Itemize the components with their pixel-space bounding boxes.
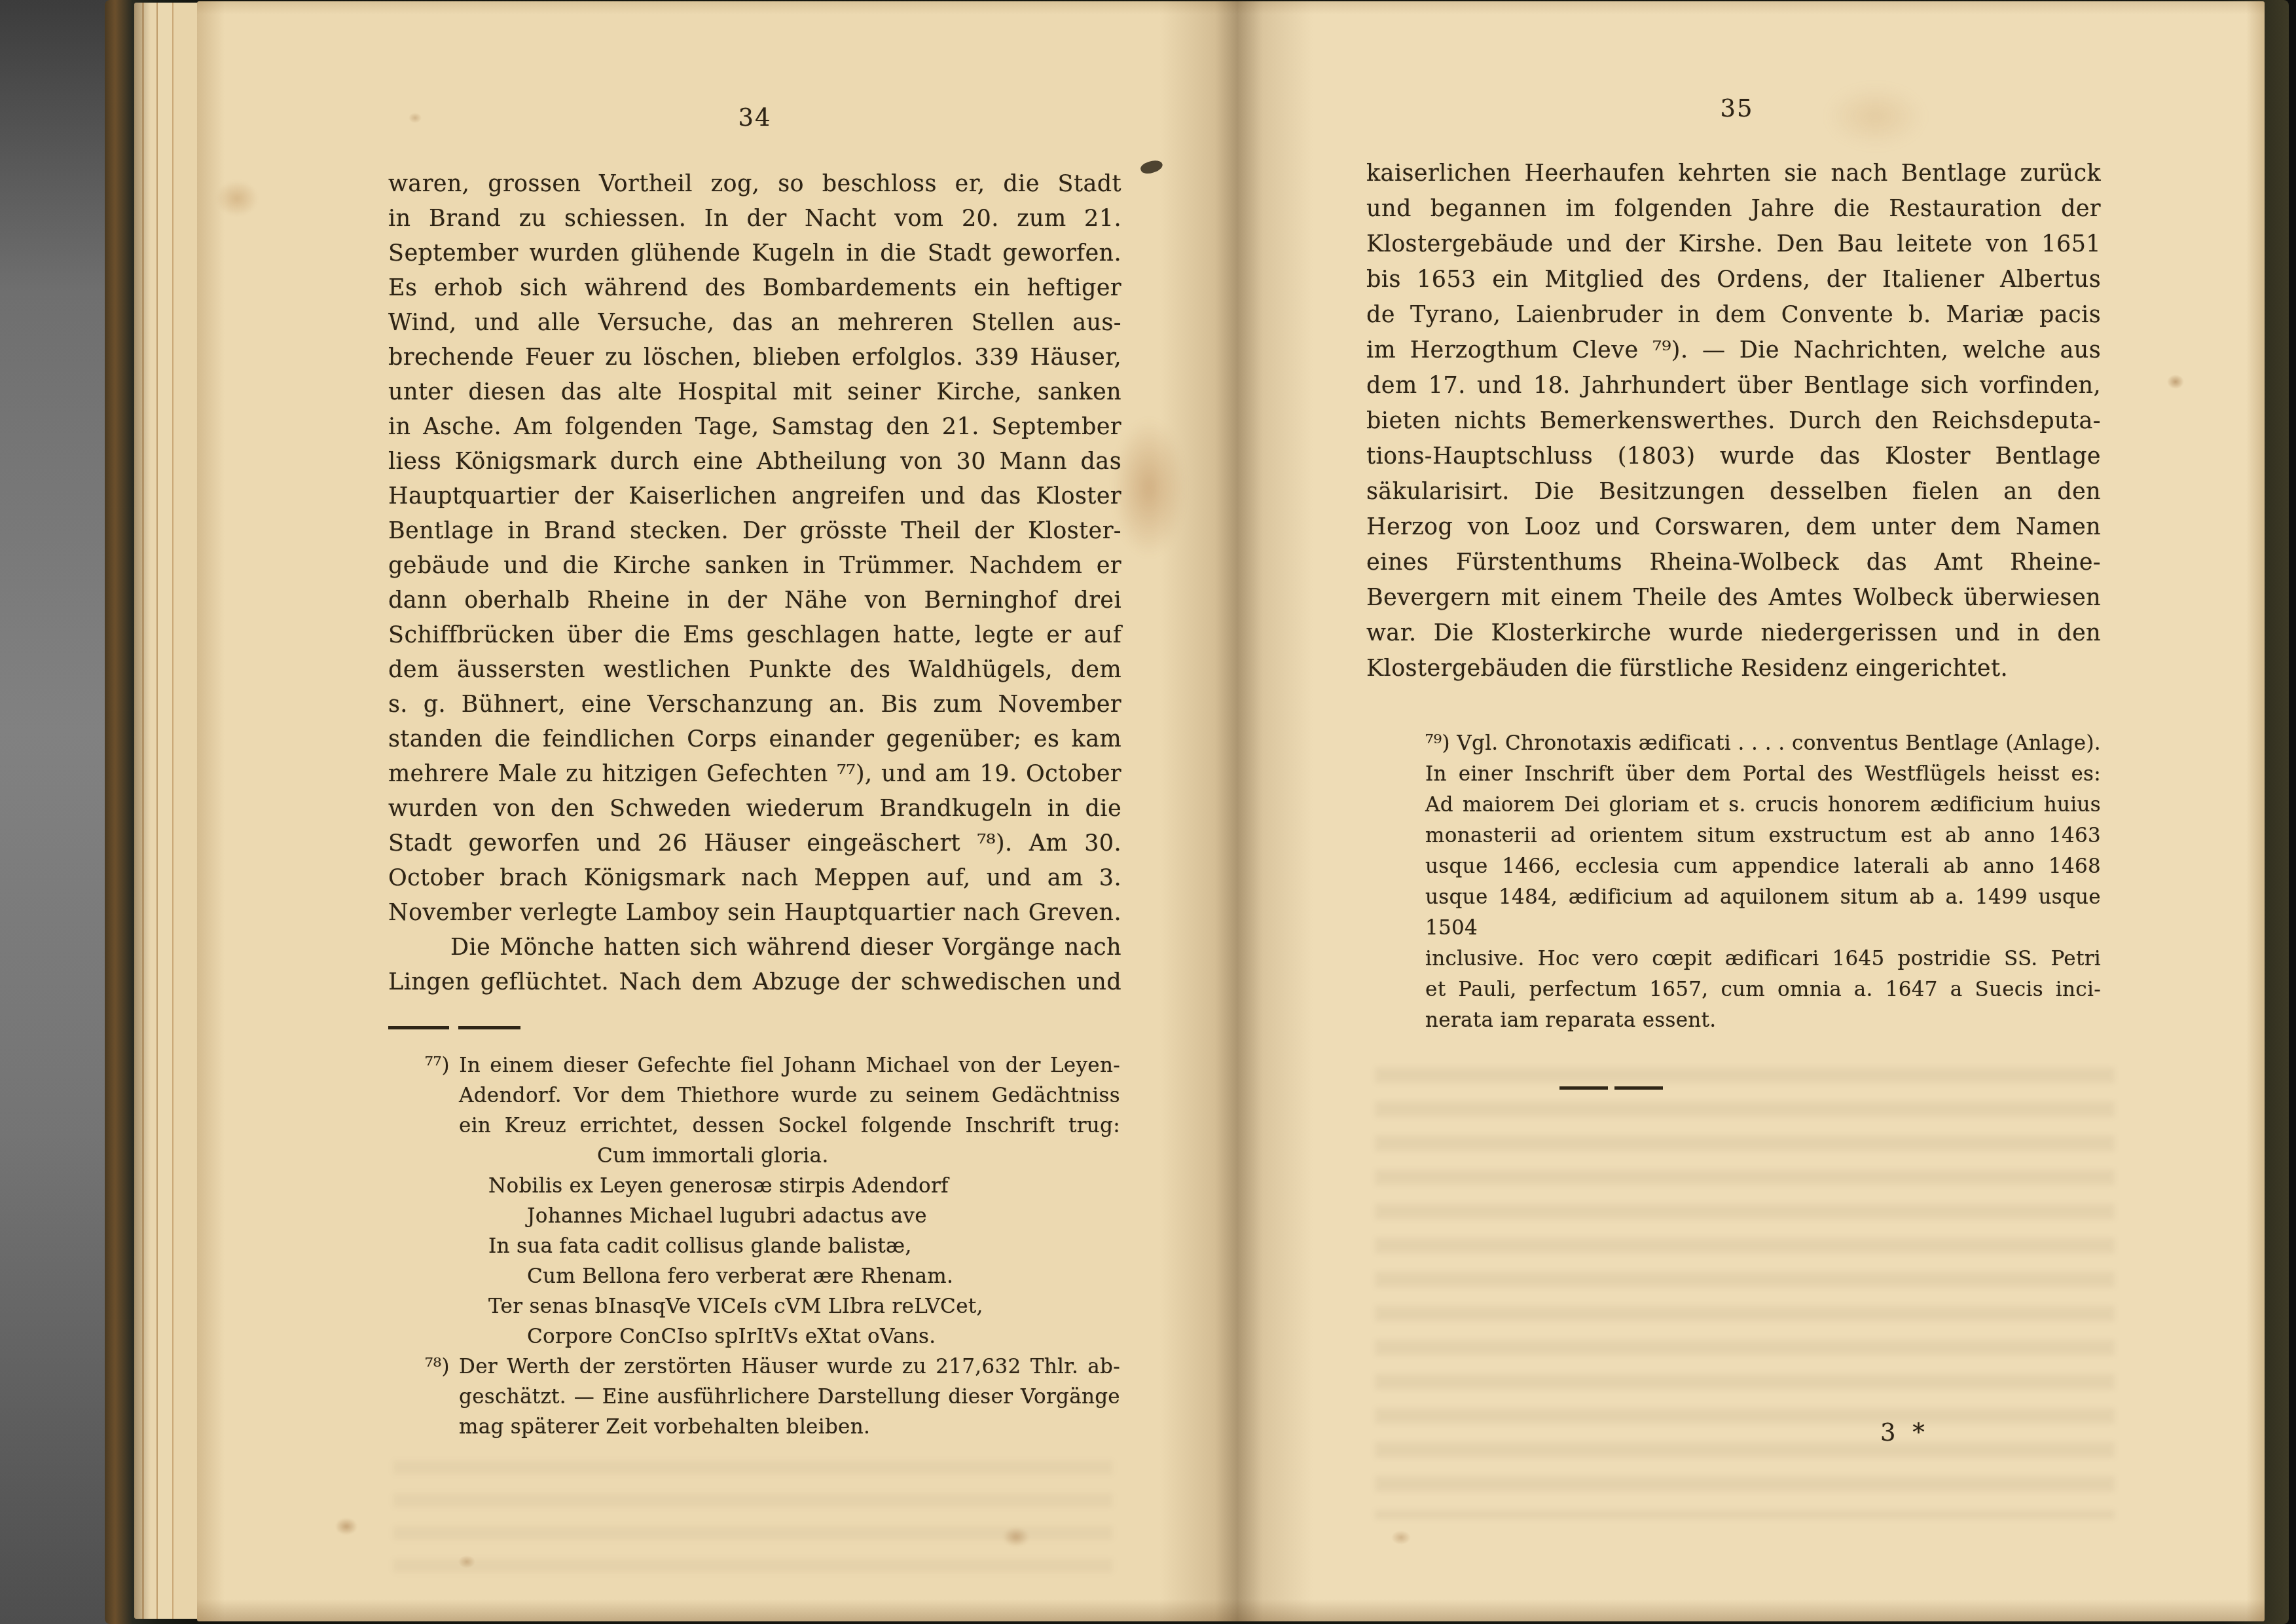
text-line: in Brand zu schiessen. In der Nacht vom … [388,202,1121,236]
text-line: liess Königsmark durch eine Abtheilung v… [388,445,1121,479]
text-line: November verlegte Lamboy sein Hauptquart… [388,896,1121,931]
stain [1113,419,1185,557]
signature-mark: 3 * [1880,1418,1929,1447]
section-separator [1559,1086,1663,1090]
footnote-line: mag späterer Zeit vorbehalten bleiben. [425,1412,1120,1442]
text-line: Stadt geworfen und 26 Häuser eingeäscher… [388,826,1121,861]
verse-line: Corpore ConCIso spIrItVs eXtat oVans. [493,1321,1120,1352]
text-line: waren, grossen Vortheil zog, so beschlos… [388,167,1121,202]
left-page-body: waren, grossen Vortheil zog, so beschlos… [388,167,1121,1000]
text-line: Klostergebäude und der Kirshe. Den Bau l… [1366,227,2101,262]
text-line: und begannen im folgenden Jahre die Rest… [1366,191,2101,227]
footnote-line: monasterii ad orientem situm exstructum … [1389,821,2101,851]
text-line: bieten nichts Bemerkenswerthes. Durch de… [1366,403,2101,439]
footnote-line: Ad maiorem Dei gloriam et s. crucis hono… [1389,790,2101,821]
stain [409,113,422,123]
text-line: im Herzogthum Cleve ⁷⁹). — Die Nachricht… [1366,333,2101,368]
right-page-footnotes: ⁷⁹) Vgl. Chronotaxis ædificati . . . . c… [1389,728,2101,1036]
stain [458,1555,475,1568]
footnote-line: geschätzt. — Eine ausführlichere Darstel… [425,1382,1120,1412]
scanner-background [0,0,115,1624]
text-line: unter diesen das alte Hospital mit seine… [388,375,1121,410]
stain [216,181,258,216]
page-fore-edges [134,3,197,1619]
footnote-line: In einer Inschrift über dem Portal des W… [1389,759,2101,790]
stain [1003,1527,1029,1547]
book-scan: 34 35 waren, grossen Vortheil zog, so be… [0,0,2296,1624]
footnote-line: ⁷⁸) Der Werth der zerstörten Häuser wurd… [425,1352,1120,1382]
text-line: Wind, und alle Versuche, das an mehreren… [388,306,1121,341]
footnote-line: usque 1484, ædificium ad aquilonem situm… [1389,882,2101,944]
text-line: bis 1653 ein Mitglied des Ordens, der It… [1366,262,2101,297]
footnote-line: inclusive. Hoc vero cœpit ædificari 1645… [1389,944,2101,974]
text-line: dem äussersten westlichen Punkte des Wal… [388,653,1121,688]
text-line: in Asche. Am folgenden Tage, Samstag den… [388,410,1121,445]
bleed-through [1375,1067,2115,1519]
text-line: kaiserlichen Heerhaufen kehrten sie nach… [1366,156,2101,191]
text-line: Lingen geflüchtet. Nach dem Abzuge der s… [388,965,1121,1000]
text-line: de Tyrano, Laienbruder in dem Convente b… [1366,297,2101,333]
text-line: Herzog von Looz und Corswaren, dem unter… [1366,509,2101,545]
stain [335,1518,357,1535]
page-number-left: 34 [719,103,791,132]
text-line: eines Fürstenthums Rheina-Wolbeck das Am… [1366,545,2101,580]
footnote-line: nerata iam reparata essent. [1389,1005,2101,1036]
text-line: Klostergebäuden die fürstliche Residenz … [1366,651,2101,686]
text-line: brechende Feuer zu löschen, blieben erfo… [388,341,1121,375]
bleed-through [393,1460,1113,1578]
text-line: Bentlage in Brand stecken. Der grösste T… [388,514,1121,549]
text-line: tions-Hauptschluss (1803) wurde das Klos… [1366,439,2101,474]
verse-line: In sua fata cadit collisus glande balist… [454,1231,1120,1261]
footnote-line: et Pauli, perfectum 1657, cum omnia a. 1… [1389,974,2101,1005]
text-line: Es erhob sich während des Bombardements … [388,271,1121,306]
stain [1827,85,1925,147]
text-line: dann oberhalb Rheine in der Nähe von Ber… [388,583,1121,618]
text-line: Schiffbrücken über die Ems geschlagen ha… [388,618,1121,653]
text-line: Bevergern mit einem Theile des Amtes Wol… [1366,580,2101,616]
verse-line: Cum immortali gloria. [563,1141,1120,1171]
stain [1391,1530,1411,1545]
right-page-body: kaiserlichen Heerhaufen kehrten sie nach… [1366,156,2101,686]
text-line: standen die feindlichen Corps einander g… [388,722,1121,757]
text-line: mehrere Male zu hitzigen Gefechten ⁷⁷), … [388,757,1121,792]
text-line: gebäude und die Kirche sanken in Trümmer… [388,549,1121,583]
text-line: Hauptquartier der Kaiserlichen angreifen… [388,479,1121,514]
footnote-line: ⁷⁷) In einem dieser Gefechte fiel Johann… [425,1050,1120,1080]
footnote-line: Adendorf. Vor dem Thiethore wurde zu sei… [425,1080,1120,1111]
text-line: säkularisirt. Die Besitzungen desselben … [1366,474,2101,509]
footnote-line: usque 1466, ecclesia cum appendice later… [1389,851,2101,882]
verse-line: Ter senas bInasqVe VICeIs cVM LIbra reLV… [454,1291,1120,1321]
text-line: September wurden glühende Kugeln in die … [388,236,1121,271]
page-number-right: 35 [1701,94,1773,122]
footnote-separator [388,1026,520,1029]
footnote-line: ein Kreuz errichtet, dessen Sockel folge… [425,1111,1120,1141]
text-line: dem 17. und 18. Jahrhundert über Bentlag… [1366,368,2101,403]
text-line: war. Die Klosterkirche wurde niedergeris… [1366,616,2101,651]
verse-line: Nobilis ex Leyen generosæ stirpis Adendo… [454,1171,1120,1201]
left-page-footnotes: ⁷⁷) In einem dieser Gefechte fiel Johann… [425,1050,1120,1442]
text-line: Die Mönche hatten sich während dieser Vo… [388,931,1121,965]
text-line: October brach Königsmark nach Meppen auf… [388,861,1121,896]
footnote-line: ⁷⁹) Vgl. Chronotaxis ædificati . . . . c… [1389,728,2101,759]
text-line: wurden von den Schweden wiederum Brandku… [388,792,1121,826]
text-line: s. g. Bühnert, eine Verschanzung an. Bis… [388,688,1121,722]
stain [2167,375,2184,389]
verse-line: Johannes Michael lugubri adactus ave [493,1201,1120,1231]
verse-line: Cum Bellona fero verberat ære Rhenam. [493,1261,1120,1291]
